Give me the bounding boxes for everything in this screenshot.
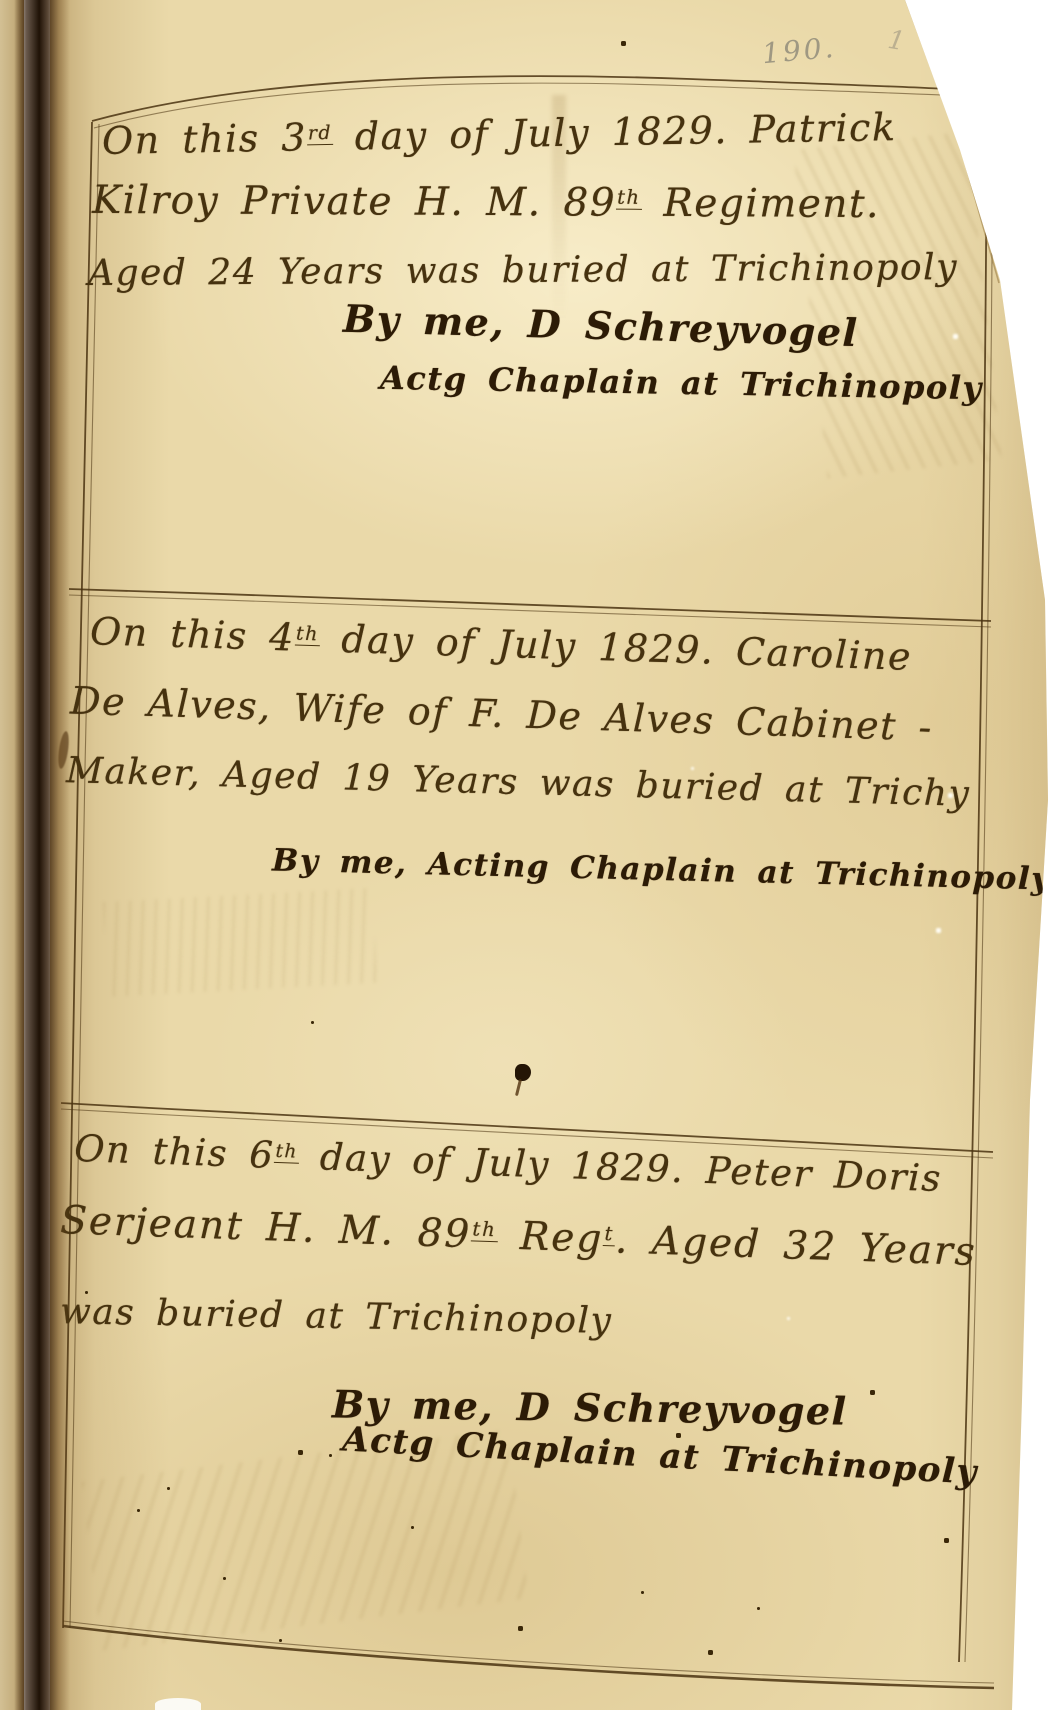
scan-background: { "page": { "number": "190.", "corner_ma…: [0, 0, 1058, 1710]
paper-holes: [50, 0, 51, 1]
frame-left-rule: [63, 122, 92, 1628]
page-number: 190.: [761, 31, 838, 70]
torn-corner-edge: [905, 0, 999, 283]
bottom-edge-notch: [155, 1698, 201, 1710]
register-page: 190. 1 On this 3rd day of July 1829. Pat…: [50, 0, 1058, 1710]
entry-text-line: Aged 24 Years was buried at Trichinopoly: [88, 247, 958, 294]
entry-text-line: Kilroy Private H. M. 89th Regiment.: [92, 178, 880, 227]
previous-page-edge: [0, 0, 24, 1710]
